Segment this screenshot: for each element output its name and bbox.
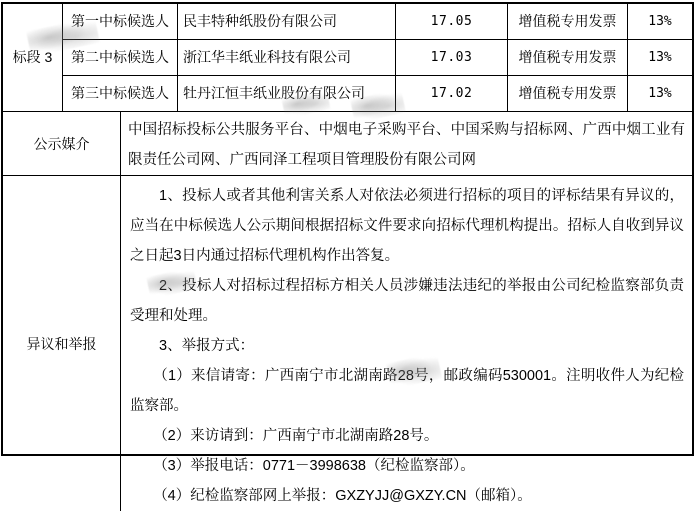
candidate-price: 17.02 — [396, 76, 508, 112]
candidate-tax-rate: 13% — [628, 76, 692, 112]
objection-report-content: 1、投标人或者其他利害关系人对依法必须进行招标的项目的评标结果有异议的，应当在中… — [121, 176, 692, 457]
publicity-media-content: 中国招标投标公共服务平台、中烟电子采购平台、中国采购与招标网、广西中烟工业有限责… — [121, 112, 692, 176]
publicity-media-row: 公示媒介 中国招标投标公共服务平台、中烟电子采购平台、中国采购与招标网、广西中烟… — [3, 112, 692, 176]
objection-paragraph: （3）举报电话：0771－3998638（纪检监察部）。 — [130, 451, 684, 457]
candidate-invoice-type: 增值税专用发票 — [508, 76, 628, 112]
objection-paragraph: 3、举报方式： — [130, 331, 684, 361]
bid-result-table: 标段 3 第一中标候选人 民丰特种纸股份有限公司 17.05 增值税专用发票 1… — [1, 2, 694, 456]
objection-report-label: 异议和举报 — [3, 176, 121, 457]
objection-paragraph: 2、投标人对招标过程招标方相关人员涉嫌违法违纪的举报由公司纪检监察部负责受理和处… — [130, 271, 684, 331]
section-label: 标段 3 — [3, 4, 63, 112]
candidate-tax-rate: 13% — [628, 40, 692, 76]
candidate-price: 17.03 — [396, 40, 508, 76]
candidate-invoice-type: 增值税专用发票 — [508, 4, 628, 40]
candidate-rank: 第三中标候选人 — [63, 76, 178, 112]
objection-paragraph: （2）来访请到：广西南宁市北湖南路28号。 — [130, 421, 684, 451]
candidate-tax-rate: 13% — [628, 4, 692, 40]
candidate-invoice-type: 增值税专用发票 — [508, 40, 628, 76]
objection-report-row: 异议和举报 1、投标人或者其他利害关系人对依法必须进行招标的项目的评标结果有异议… — [3, 176, 692, 457]
candidates-section: 标段 3 第一中标候选人 民丰特种纸股份有限公司 17.05 增值税专用发票 1… — [3, 4, 692, 112]
candidate-company: 浙江华丰纸业科技有限公司 — [178, 40, 396, 76]
candidate-price: 17.05 — [396, 4, 508, 40]
objection-paragraph: （1）来信请寄：广西南宁市北湖南路28号，邮政编码530001。注明收件人为纪检… — [130, 361, 684, 421]
publicity-media-label: 公示媒介 — [3, 112, 121, 176]
candidate-rank: 第二中标候选人 — [63, 40, 178, 76]
candidate-company: 民丰特种纸股份有限公司 — [178, 4, 396, 40]
candidate-company: 牡丹江恒丰纸业股份有限公司 — [178, 76, 396, 112]
candidate-rank: 第一中标候选人 — [63, 4, 178, 40]
objection-paragraph: 1、投标人或者其他利害关系人对依法必须进行招标的项目的评标结果有异议的，应当在中… — [130, 181, 684, 271]
